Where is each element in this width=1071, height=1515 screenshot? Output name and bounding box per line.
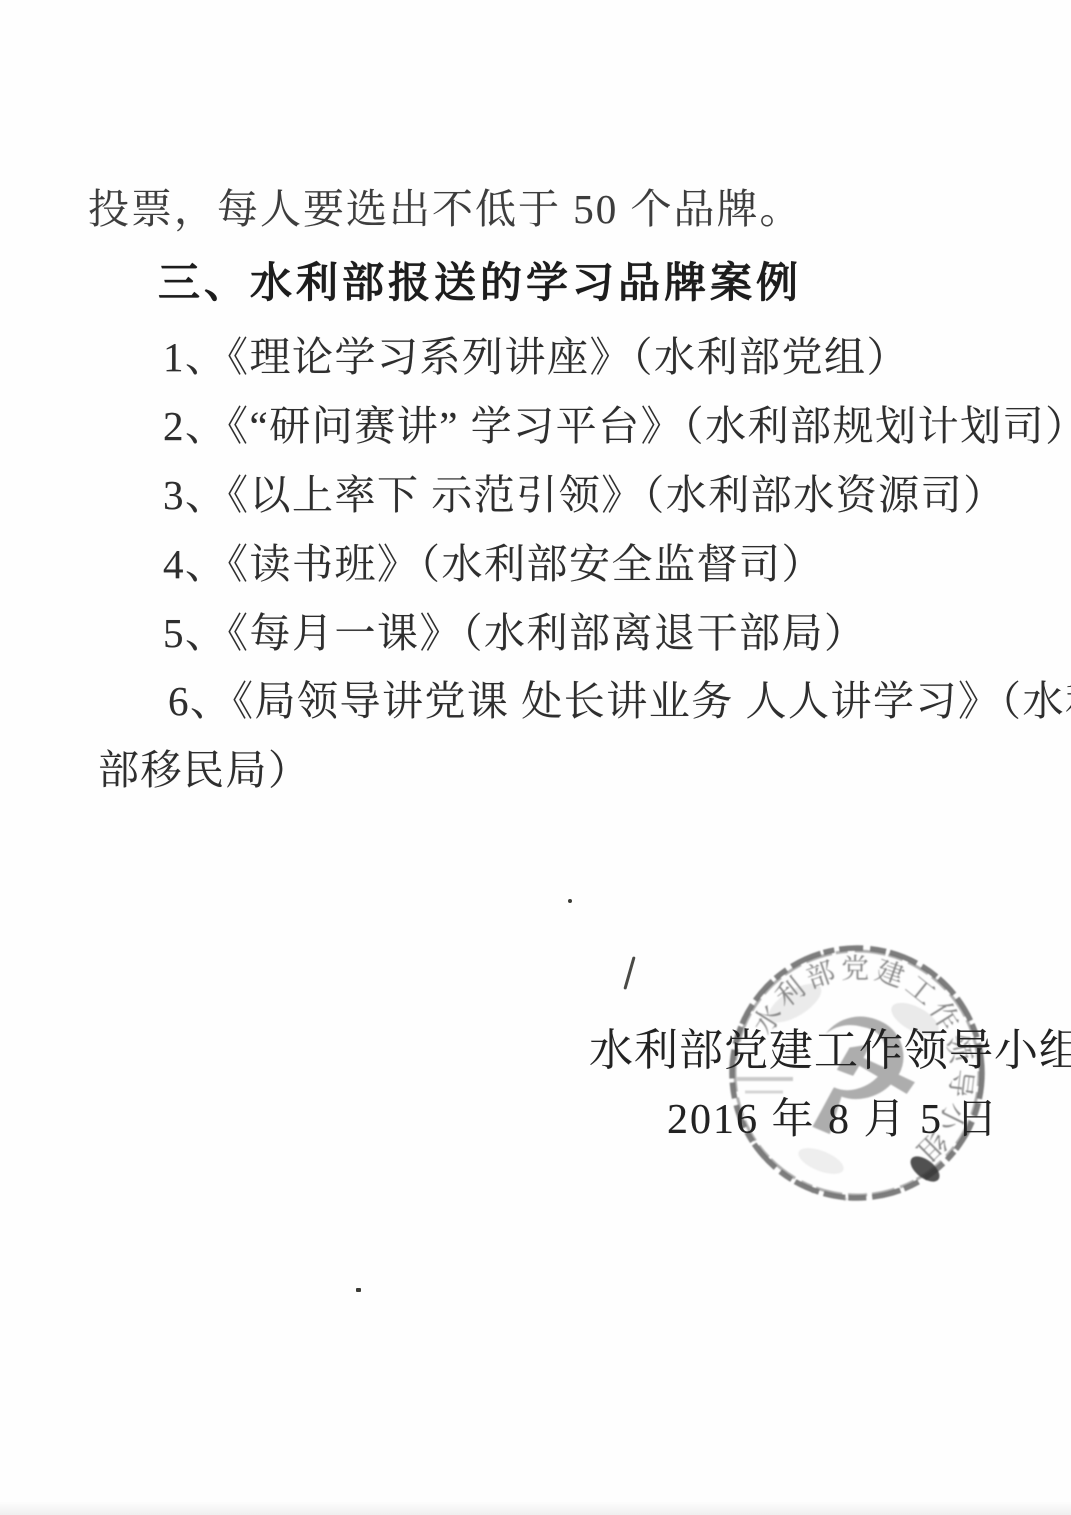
list-item-2: 2、《“研问赛讲” 学习平台》（水利部规划计划司） [163,393,1071,452]
section-heading: 三、水利部报送的学习品牌案例 [158,250,802,310]
list-item-1: 1、《理论学习系列讲座》（水利部党组） [163,324,909,383]
list-item-5: 5、《每月一课》（水利部离退干部局） [163,600,867,659]
signature-date: 2016 年 8 月 5 日 [667,1086,1000,1146]
list-item-6-continued: 部移民局） [98,737,311,796]
scan-artifact-dot [356,1288,361,1292]
list-item-4: 4、《读书班》（水利部安全监督司） [163,531,824,590]
list-item-6: 6、《局领导讲党课 处长讲业务 人人讲学习》（水利 [168,668,1071,727]
scan-artifact-slash [623,956,635,990]
scan-artifact-dot [568,899,572,903]
signature-org: 水利部党建工作领导小组 [589,1014,1071,1078]
scanned-document-page: 投票，每人要选出不低于 50 个品牌。 三、水利部报送的学习品牌案例 1、《理论… [0,0,1071,1515]
paragraph-line: 投票，每人要选出不低于 50 个品牌。 [88,176,803,235]
list-item-3: 3、《以上率下 示范引领》（水利部水资源司） [163,462,1006,521]
